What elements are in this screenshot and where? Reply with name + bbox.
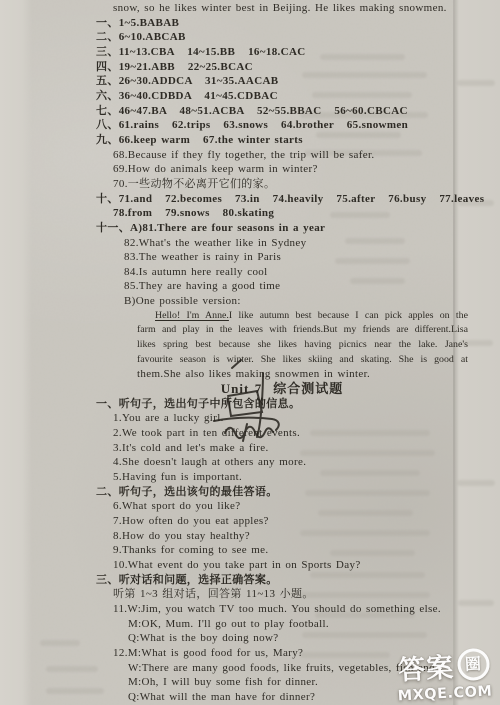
scanned-answer-page: snow, so he likes winter best in Beijing… [0, 0, 500, 705]
text-line: 6.What sport do you like? [113, 499, 500, 514]
text-line: 五、26~30.ADDCA 31~35.AACAB [96, 74, 500, 89]
text-line: 5.Having fun is important. [113, 470, 500, 485]
watermark-brand-text: 答案 [397, 645, 455, 687]
text-line: 10.What event do you take part in on Spo… [113, 558, 500, 573]
text-line: 十一、A)81.There are four seasons in a year [96, 221, 500, 236]
text-segment: I like autumn best because I can pick ap… [229, 310, 468, 321]
text-line: 四、19~21.ABB 22~25.BCAC [96, 60, 500, 75]
text-line: them.She also likes making snowmen in wi… [137, 367, 500, 382]
text-line: 二、6~10.ABCAB [96, 30, 500, 45]
text-line: 78.from 79.snows 80.skating [113, 206, 500, 221]
text-line: 八、61.rains 62.trips 63.snows 64.brother … [96, 118, 500, 133]
text-line: 82.What's the weather like in Sydney [124, 236, 500, 251]
page-text: snow, so he likes winter best in Beijing… [0, 1, 500, 705]
text-line: 听第 1~3 组对话，回答第 11~13 小题。 [113, 587, 500, 602]
text-line: 七、46~47.BA 48~51.ACBA 52~55.BBAC 56~60.C… [96, 104, 500, 119]
text-line: 68.Because if they fly together, the tri… [113, 148, 500, 163]
unit-title: Unit 7 综合测试题 [96, 382, 468, 397]
text-line: farm and play in the leaves with friends… [137, 323, 468, 338]
text-line: 三、11~13.CBA 14~15.BB 16~18.CAC [96, 45, 500, 60]
text-line: B)One possible version: [124, 294, 500, 309]
text-line: 11.W:Jim, you watch TV too much. You sho… [113, 602, 500, 617]
text-line: 70.一些动物不必离开它们的家。 [113, 177, 500, 192]
text-line: Hello! I'm Anne.I like autumn best becau… [155, 309, 468, 324]
watermark: 答案 圈 MXQE.COM [388, 643, 500, 705]
text-line: M:OK, Mum. I'll go out to play football. [128, 617, 500, 632]
text-line: Q:What is the boy doing now? [128, 631, 500, 646]
text-line: 1.You are a lucky girl. [113, 411, 500, 426]
text-line: 十、71.and 72.becomes 73.in 74.heavily 75.… [96, 192, 500, 207]
text-line: 2.We took part in ten different events. [113, 426, 500, 441]
watermark-circle-icon: 圈 [456, 647, 490, 681]
text-line: snow, so he likes winter best in Beijing… [113, 1, 500, 16]
text-line: 3.It's cold and let's make a fire. [113, 441, 500, 456]
text-line: 三、听对话和问题，选择正确答案。 [96, 573, 500, 588]
text-line: 85.They are having a good time [124, 279, 500, 294]
underlined-phrase: Hello! I'm Anne. [155, 310, 229, 321]
text-line: 69.How do animals keep warm in winter? [113, 162, 500, 177]
text-line: 84.Is autumn here really cool [124, 265, 500, 280]
text-line: 六、36~40.CDBDA 41~45.CDBAC [96, 89, 500, 104]
text-line: favourite season is winter. She likes sk… [137, 353, 468, 368]
watermark-circle-char: 圈 [465, 656, 482, 673]
text-line: 九、66.keep warm 67.the winter starts [96, 133, 500, 148]
text-line: 一、1~5.BABAB [96, 16, 500, 31]
text-line: 83.The weather is rainy in Paris [124, 250, 500, 265]
text-line: 4.She doesn't laugh at others any more. [113, 455, 500, 470]
text-line: likes spring best because she likes havi… [137, 338, 468, 353]
text-line: 一、听句子，选出句子中所包含的信息。 [96, 397, 500, 412]
text-line: 8.How do you stay healthy? [113, 529, 500, 544]
text-line: 7.How often do you eat apples? [113, 514, 500, 529]
text-line: 9.Thanks for coming to see me. [113, 543, 500, 558]
text-line: 二、听句子，选出该句的最佳答语。 [96, 485, 500, 500]
